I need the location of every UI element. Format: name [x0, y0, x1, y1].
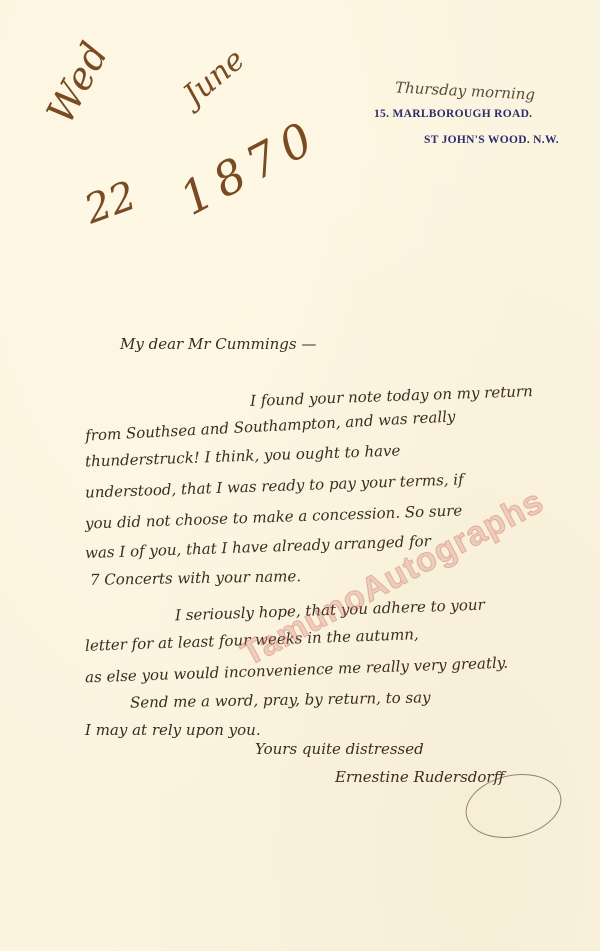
- letter-line: I may at rely upon you.: [85, 721, 261, 739]
- closing: Yours quite distressed: [255, 740, 424, 758]
- signature: Ernestine Rudersdorff: [335, 768, 504, 786]
- letter-line: 7 Concerts with your name.: [90, 567, 301, 589]
- margin-note-month: June: [177, 42, 252, 113]
- margin-date-note: Wed 22 June 1870: [30, 40, 270, 230]
- salutation: My dear Mr Cummings —: [120, 335, 316, 353]
- letterhead: 15. MARLBOROUGH ROAD. ST JOHN'S WOOD. N.…: [374, 108, 559, 146]
- margin-note-day: 22: [79, 173, 143, 234]
- margin-note-weekday: Wed: [38, 34, 117, 130]
- letterhead-address-line2: ST JOHN'S WOOD. N.W.: [424, 134, 559, 146]
- letterhead-address-line1: 15. MARLBOROUGH ROAD.: [374, 108, 559, 120]
